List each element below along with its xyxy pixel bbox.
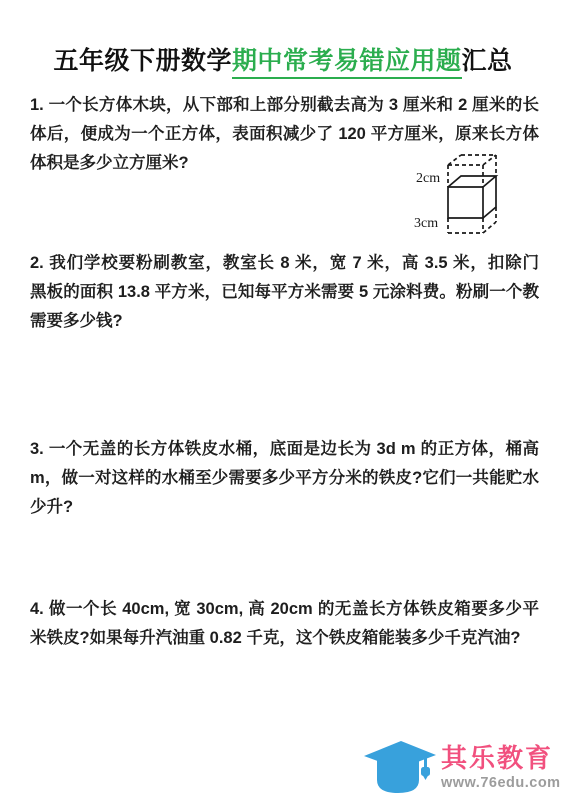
title-highlight: 期中常考易错应用题 [232,47,462,79]
cube-solid [448,176,496,218]
question-4-line-2: 米铁皮?如果每升汽油重 0.82 千克，这个铁皮箱能装多少千克汽油? [30,624,539,653]
logo-url: www.76edu.com [441,775,561,792]
worksheet-page: 五年级下册数学期中常考易错应用题汇总 1. 一个长方体木块，从下部和上部分别截去… [0,0,566,800]
title-prefix: 五年级下册数学 [53,47,232,75]
logo-name: 其乐教育 [441,744,561,772]
page-title: 五年级下册数学期中常考易错应用题汇总 [0,44,566,78]
graduation-cap-icon [364,741,437,794]
question-4-line-1: 4. 做一个长 40cm, 宽 30cm, 高 20cm 的无盖长方体铁皮箱要多… [30,595,539,624]
question-1-line-2: 体后，便成为一个正方体，表面积减少了 120 平方厘米，原来长方体的 [30,120,539,149]
question-2-line-1: 2. 我们学校要粉刷教室，教室长 8 米，宽 7 米，高 3.5 米，扣除门窗、 [30,249,539,278]
question-3-line-2: m，做一对这样的水桶至少需要多少平方分米的铁皮?它们一共能贮水多 [30,464,539,493]
question-1-line-1: 1. 一个长方体木块，从下部和上部分别截去高为 3 厘米和 2 厘米的长方 [30,91,539,120]
question-3: 3. 一个无盖的长方体铁皮水桶，底面是边长为 3d m 的正方体，桶高 5d m… [30,435,539,522]
question-2: 2. 我们学校要粉刷教室，教室长 8 米，宽 7 米，高 3.5 米，扣除门窗、… [30,249,539,336]
diagram-label-3cm: 3cm [414,216,438,231]
logo-text-block: 其乐教育 www.76edu.com [441,741,561,792]
question-3-line-1: 3. 一个无盖的长方体铁皮水桶，底面是边长为 3d m 的正方体，桶高 5d [30,435,539,464]
title-suffix: 汇总 [462,47,513,75]
question-3-line-3: 少升? [30,493,539,522]
cube-bottom-cut-dashed [448,207,496,233]
diagram-label-2cm: 2cm [416,171,440,186]
question-4: 4. 做一个长 40cm, 宽 30cm, 高 20cm 的无盖长方体铁皮箱要多… [30,595,539,653]
question-2-line-2: 黑板的面积 13.8 平方米，已知每平方米需要 5 元涂料费。粉刷一个教室 [30,278,539,307]
question-2-line-3: 需要多少钱? [30,307,539,336]
site-logo: 其乐教育 www.76edu.com [364,741,561,794]
cube-diagram: 2cm 3cm [402,154,508,238]
